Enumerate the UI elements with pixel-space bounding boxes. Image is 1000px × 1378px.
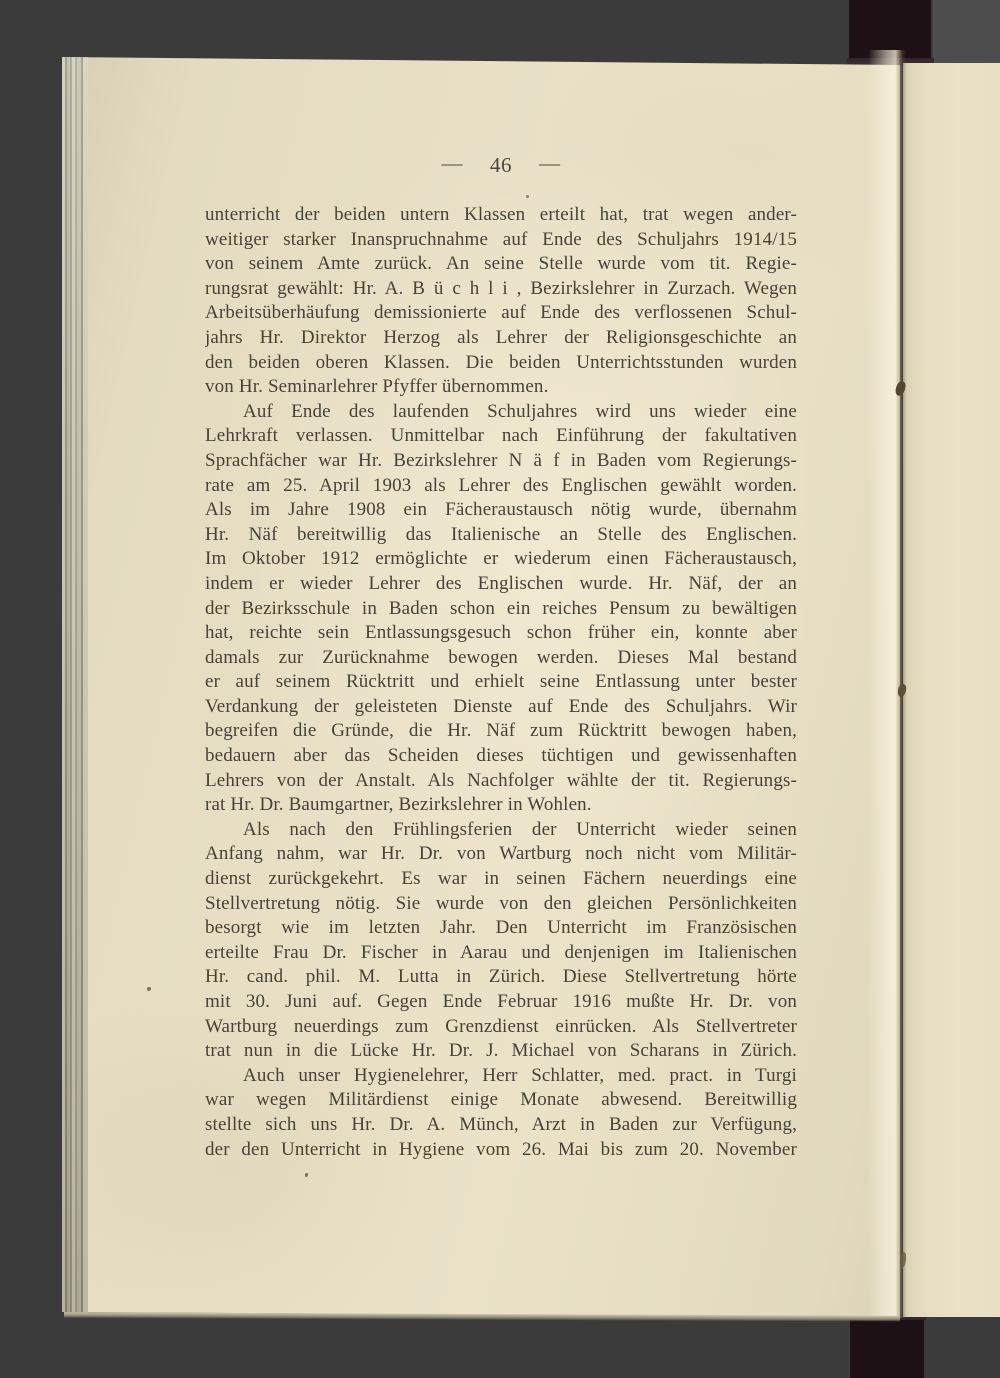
paragraph: Als nach den Frühlingsferien der Unterri… [205,818,797,1064]
text-line: Als im Jahre 1908 ein Fächeraustausch nö… [205,498,797,523]
text-line: der Bezirksschule in Baden schon ein rei… [205,597,797,622]
text-line: begreifen die Gründe, die Hr. Näf zum Rü… [205,719,797,744]
facing-page-edge [903,63,1000,1317]
text-line: Auf Ende des laufenden Schuljahres wird … [205,400,797,425]
text-line: Verdankung der geleisteten Dienste auf E… [205,695,797,720]
text-line: stellte sich uns Hr. Dr. A. Münch, Arzt … [205,1113,797,1138]
page-number: 46 [490,153,512,178]
text-line: Wartburg neuerdings zum Grenzdienst einr… [205,1015,797,1040]
book-scan: — 46 — unterricht der beiden untern Klas… [0,0,1000,1378]
text-line: er auf seinem Rücktritt und erhielt sein… [205,670,797,695]
text-line: der den Unterricht in Hygiene vom 26. Ma… [205,1138,797,1163]
text-line: Im Oktober 1912 ermöglichte er wiederum … [205,547,797,572]
text-line: erteilte Frau Dr. Fischer in Aarau und d… [205,941,797,966]
paragraph: Auf Ende des laufenden Schuljahres wird … [205,400,797,818]
text-line: besorgt wie im letzten Jahr. Den Unterri… [205,916,797,941]
text-line: Sprachfächer war Hr. Bezirkslehrer N ä f… [205,449,797,474]
text-line: Auch unser Hygienelehrer, Herr Schlatter… [205,1064,797,1089]
text-line: rungsrat gewählt: Hr. A. B ü c h l i , B… [205,277,797,302]
text-line: jahrs Hr. Direktor Herzog als Lehrer der… [205,326,797,351]
text-block-body: unterricht der beiden untern Klassen ert… [205,203,797,1162]
text-line: weitiger starker Inanspruchnahme auf End… [205,228,797,253]
text-line: bedauern aber das Scheiden dieses tüchti… [205,744,797,769]
text-line: Als nach den Frühlingsferien der Unterri… [205,818,797,843]
text-line: indem er wieder Lehrer des Englischen wu… [205,572,797,597]
text-line: mit 30. Juni auf. Gegen Ende Februar 191… [205,990,797,1015]
text-line: Hr. Näf bereitwillig das Italienische an… [205,523,797,548]
page-header: — 46 — [205,150,797,180]
text-line: Stellvertretung nötig. Sie wurde von den… [205,892,797,917]
text-line: Anfang nahm, war Hr. Dr. von Wartburg no… [205,842,797,867]
text-line: rate am 25. April 1903 als Lehrer des En… [205,474,797,499]
page-text: — 46 — unterricht der beiden untern Klas… [205,150,797,1162]
text-line: rat Hr. Dr. Baumgartner, Bezirkslehrer i… [205,793,797,818]
text-line: Lehrers von der Anstalt. Als Nachfolger … [205,769,797,794]
text-line: unterricht der beiden untern Klassen ert… [205,203,797,228]
text-line: hat, reichte sein Entlassungsgesuch scho… [205,621,797,646]
text-line: dienst zurückgekehrt. Es war in seinen F… [205,867,797,892]
header-dash-right: — [539,151,561,176]
text-line: trat nun in die Lücke Hr. Dr. J. Michael… [205,1039,797,1064]
text-line: Lehrkraft verlassen. Unmittelbar nach Ei… [205,424,797,449]
text-line: Hr. cand. phil. M. Lutta in Zürich. Dies… [205,965,797,990]
paragraph: Auch unser Hygienelehrer, Herr Schlatter… [205,1064,797,1162]
text-line: von Hr. Seminarlehrer Pfyffer übernommen… [205,375,797,400]
header-dash-left: — [442,151,464,176]
text-line: Arbeitsüberhäufung demissionierte auf En… [205,301,797,326]
text-line: war wegen Militärdienst einige Monate ab… [205,1088,797,1113]
paragraph: unterricht der beiden untern Klassen ert… [205,203,797,400]
text-line: von seinem Amte zurück. An seine Stelle … [205,252,797,277]
book-binding-bottom [850,1320,924,1378]
text-line: damals zur Zurücknahme bewogen werden. D… [205,646,797,671]
text-line: den beiden oberen Klassen. Die beiden Un… [205,351,797,376]
scanner-background [933,0,1000,66]
page-edge-stack [62,50,88,1318]
